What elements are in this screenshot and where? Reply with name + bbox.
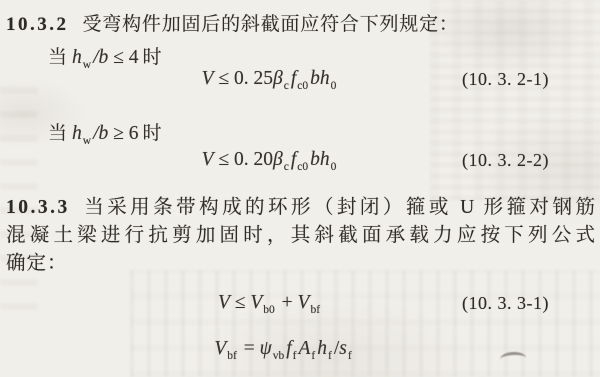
formula-subscript: 0 [331, 80, 337, 92]
formula-token: β [273, 149, 283, 170]
formula-token: V [298, 292, 310, 313]
formula-token: bh [310, 149, 330, 170]
clause-title: 受弯构件加固后的斜截面应符合下列规定： [83, 14, 459, 35]
paragraph-text: 确定： [6, 253, 68, 274]
formula-subscript: 0 [331, 161, 337, 173]
formula-token: f [291, 68, 296, 89]
formula-vbf-definition: Vbf = ψvbffAfhf/sf [214, 338, 353, 360]
formula-subscript: c0 [297, 161, 308, 173]
clause-number: 10.3.2 [6, 14, 69, 35]
equation-number: (10. 3. 2-2) [462, 150, 549, 171]
condition-prefix: 当 [48, 47, 68, 68]
equation-row-vbf-definition: Vbf = ψvbffAfhf/sf [0, 338, 600, 364]
formula-token: V [214, 338, 226, 359]
formula-subscript: bf [310, 304, 320, 316]
formula-token: f [291, 149, 296, 170]
formula-subscript: bf [227, 350, 237, 362]
formula-subscript: f [348, 350, 352, 362]
condition-line-hw-b-le-4: 当hw/b ≤ 4时 [48, 42, 162, 69]
clause-10-3-3-paragraph: 10.3.3当采用条带构成的环形（封闭）箍或 U 形箍对钢筋 混凝土梁进行抗剪加… [6, 194, 596, 278]
formula-token: ≤ [230, 292, 250, 313]
formula-token: ψ [260, 338, 272, 359]
formula-subscript: b0 [263, 304, 275, 316]
formula-token: ≤ 4 [108, 47, 138, 68]
formula-token: /b [93, 123, 108, 144]
formula-subscript: f [293, 350, 297, 362]
formula-token: /b [93, 47, 108, 68]
formula-token: ≥ 6 [108, 123, 138, 144]
formula-shear-limit-020: V ≤ 0. 20βcfc0bh0 [202, 149, 339, 171]
paragraph-line: 确定： [6, 250, 596, 278]
formula-subscript: c [284, 161, 289, 173]
formula-shear-limit-025: V ≤ 0. 25βcfc0bh0 [202, 68, 339, 90]
formula-token: V [218, 292, 230, 313]
formula-subscript: f [311, 350, 315, 362]
formula-token: h [317, 338, 327, 359]
paragraph-text: 当采用条带构成的环形（封闭）箍或 U 形箍对钢筋 [82, 197, 596, 218]
formula-token: β [273, 68, 283, 89]
condition-expression: hw/b ≤ 4 [72, 47, 138, 68]
paragraph-text: 混凝土梁进行抗剪加固时，其斜截面承载力应按下列公式 [6, 225, 596, 246]
paragraph-line: 混凝土梁进行抗剪加固时，其斜截面承载力应按下列公式 [6, 222, 596, 250]
condition-prefix: 当 [48, 123, 68, 144]
formula-token: V [250, 292, 262, 313]
paragraph-line: 10.3.3当采用条带构成的环形（封闭）箍或 U 形箍对钢筋 [6, 194, 596, 222]
equation-row-10-3-2-1: V ≤ 0. 25βcfc0bh0 (10. 3. 2-1) [0, 68, 600, 94]
equation-row-10-3-2-2: V ≤ 0. 20βcfc0bh0 (10. 3. 2-2) [0, 149, 600, 175]
equation-row-10-3-3-1: V ≤ Vb0 + Vbf (10. 3. 3-1) [0, 292, 600, 318]
clause-10-3-2-heading: 10.3.2受弯构件加固后的斜截面应符合下列规定： [6, 9, 459, 36]
formula-subscript: c [284, 80, 289, 92]
equation-number: (10. 3. 2-1) [462, 69, 549, 90]
formula-token: bh [310, 68, 330, 89]
clause-number: 10.3.3 [6, 197, 70, 218]
condition-expression: hw/b ≥ 6 [72, 123, 138, 144]
formula-token: V [202, 149, 214, 170]
equation-number: (10. 3. 3-1) [462, 293, 549, 314]
formula-token: A [298, 338, 310, 359]
formula-token: s [339, 338, 347, 359]
formula-token: + [277, 292, 298, 313]
formula-token: ≤ 0. 25 [214, 68, 273, 89]
condition-suffix: 时 [142, 123, 162, 144]
formula-subscript: vb [273, 350, 285, 362]
condition-line-hw-b-ge-6: 当hw/b ≥ 6时 [48, 118, 162, 145]
formula-token: h [72, 47, 82, 68]
condition-suffix: 时 [142, 47, 162, 68]
formula-token: ≤ 0. 20 [214, 149, 273, 170]
formula-token: h [72, 123, 82, 144]
formula-shear-capacity-sum: V ≤ Vb0 + Vbf [218, 292, 322, 314]
scanned-code-page: 10.3.2受弯构件加固后的斜截面应符合下列规定： 当hw/b ≤ 4时 V ≤… [0, 0, 600, 377]
formula-subscript: w [83, 135, 91, 147]
formula-token: = [239, 338, 260, 359]
formula-token: V [202, 68, 214, 89]
formula-subscript: c0 [297, 80, 308, 92]
formula-subscript: f [328, 350, 332, 362]
formula-token: f [286, 338, 291, 359]
